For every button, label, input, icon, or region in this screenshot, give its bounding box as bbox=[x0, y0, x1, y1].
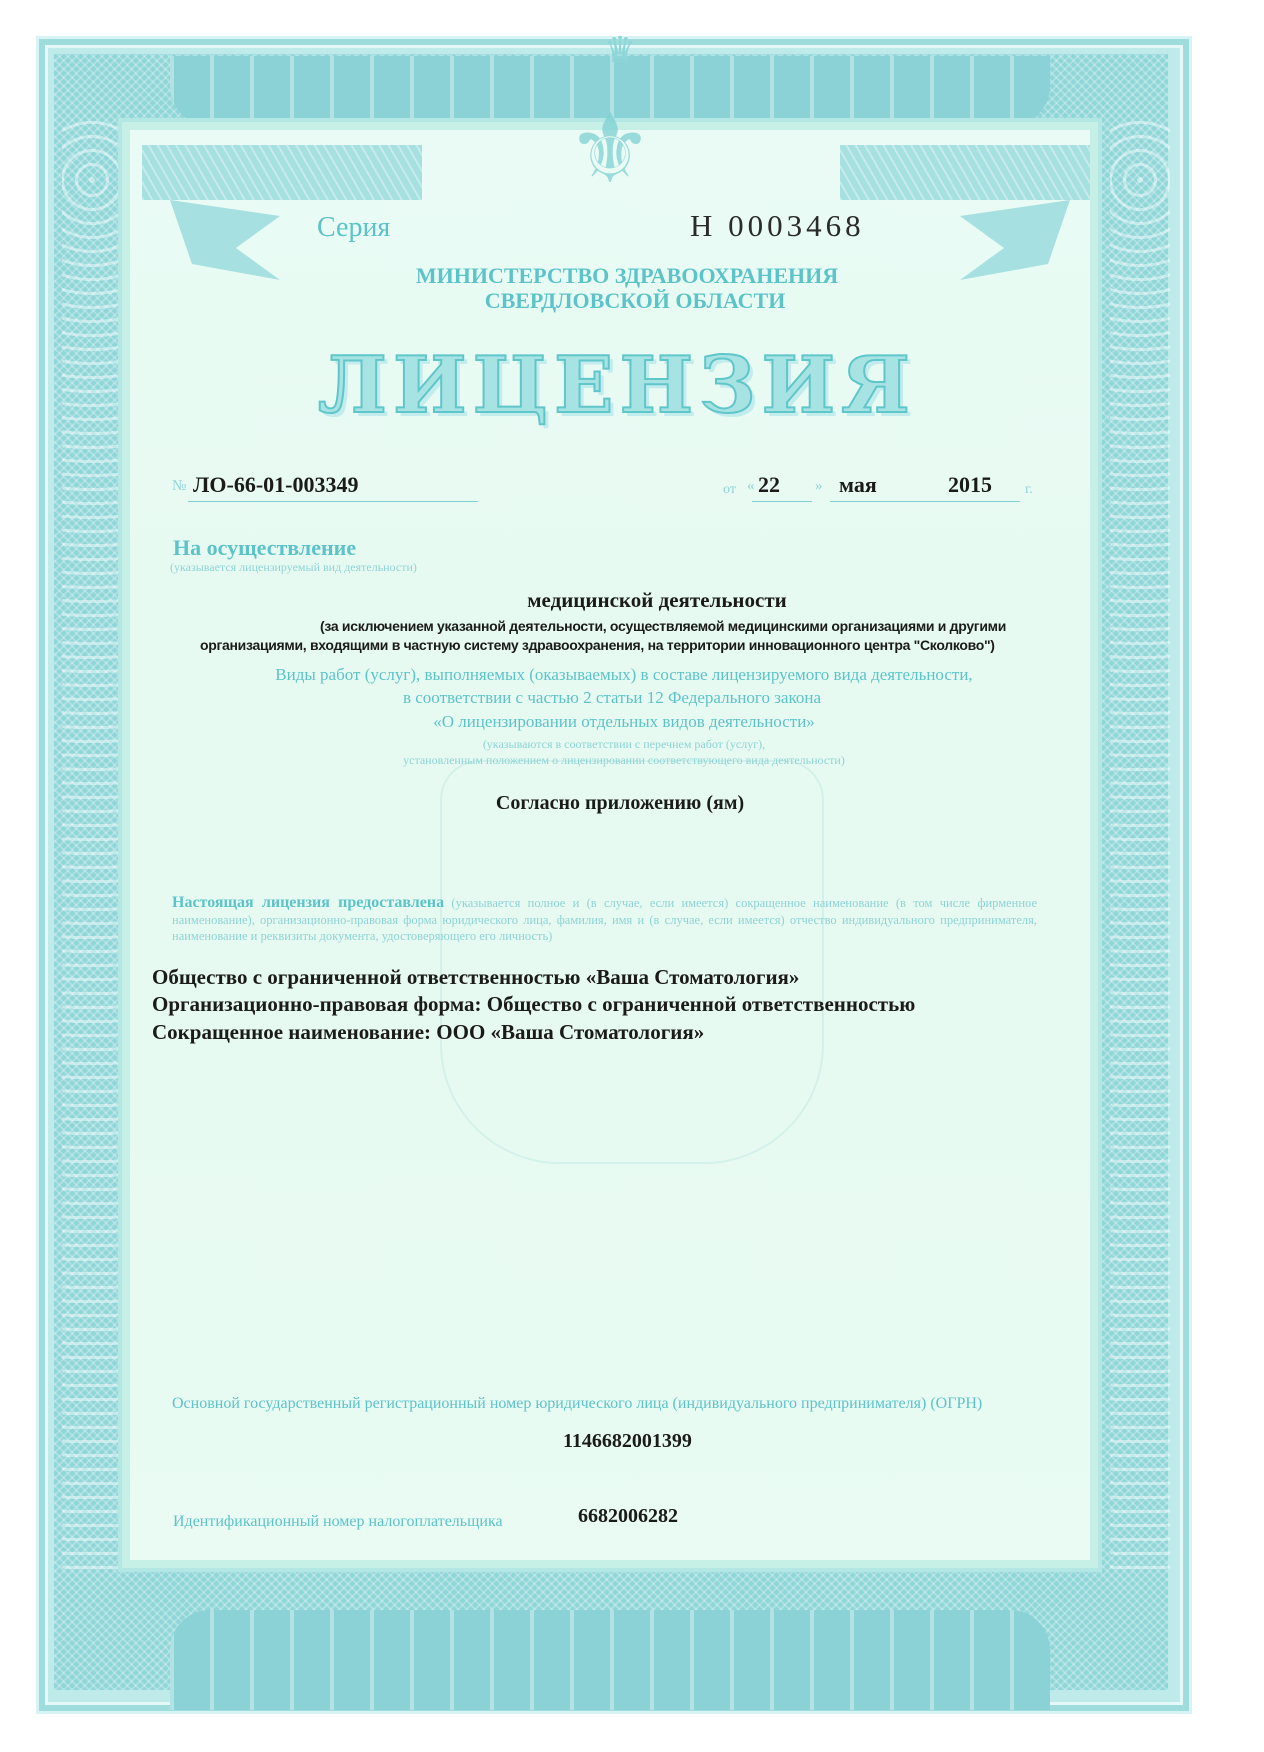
works-value: Согласно приложению (ям) bbox=[0, 792, 1252, 815]
activity-value: медицинской деятельности bbox=[0, 588, 1264, 613]
date-close-quote: » bbox=[815, 478, 823, 495]
works-hint-line-1: (указываются в соответствии с перечнем р… bbox=[0, 737, 1256, 752]
date-year-suffix: г. bbox=[1025, 482, 1033, 498]
activity-hint: (указывается лицензируемый вид деятельно… bbox=[170, 560, 417, 575]
date-month: мая bbox=[839, 472, 877, 498]
double-headed-eagle-emblem-icon: ⚜ bbox=[555, 90, 665, 210]
grantee-label: Настоящая лицензия предоставлена bbox=[172, 894, 444, 911]
grantee-full-name: Общество с ограниченной ответственностью… bbox=[152, 965, 799, 990]
issuer-line-1: МИНИСТЕРСТВО ЗДРАВООХРАНЕНИЯ bbox=[0, 263, 1259, 289]
activity-note-line-2: организациями, входящими в частную систе… bbox=[200, 637, 995, 653]
crown-icon: ♛ bbox=[590, 30, 650, 70]
document-title: ЛИЦЕНЗИЯ bbox=[318, 340, 916, 431]
works-label-line-3: «О лицензировании отдельных видов деятел… bbox=[0, 712, 1256, 732]
license-number-underline bbox=[188, 501, 478, 502]
works-label-line-1: Виды работ (услуг), выполняемых (оказыва… bbox=[0, 665, 1256, 685]
grantee-description: Настоящая лицензия предоставлена (указыв… bbox=[172, 895, 1037, 945]
grantee-legal-form: Организационно-правовая форма: Общество … bbox=[152, 992, 915, 1017]
date-year: 2015 bbox=[948, 472, 992, 498]
issuer-line-2: СВЕРДЛОВСКОЙ ОБЛАСТИ bbox=[3, 288, 1264, 314]
date-day: 22 bbox=[758, 472, 780, 498]
series-label: Серия bbox=[317, 212, 390, 244]
watermark-shield bbox=[440, 760, 824, 1164]
works-hint-line-2: установленным положением о лицензировани… bbox=[0, 753, 1256, 768]
left-ribbon-ornament bbox=[142, 145, 422, 200]
date-month-year-underline bbox=[830, 501, 1020, 502]
inn-label: Идентификационный номер налогоплательщик… bbox=[173, 1513, 503, 1531]
right-scroll-ornament bbox=[1110, 120, 1170, 1570]
inn-value: 6682006282 bbox=[578, 1505, 678, 1528]
activity-note-line-1: (за исключением указанной деятельности, … bbox=[320, 618, 1006, 634]
grantee-short-name: Сокращенное наименование: ООО «Ваша Стом… bbox=[152, 1020, 704, 1045]
works-label-line-2: в соответствии с частью 2 статьи 12 Феде… bbox=[0, 688, 1244, 708]
ogrn-label: Основной государственный регистрационный… bbox=[172, 1393, 1037, 1415]
license-number-prefix: № bbox=[172, 478, 186, 495]
left-scroll-ornament bbox=[62, 120, 122, 1570]
date-open-quote: « bbox=[747, 478, 755, 495]
date-prefix: от bbox=[723, 482, 736, 498]
bottom-guilloche-band bbox=[170, 1610, 1050, 1710]
series-number: Н 0003468 bbox=[690, 208, 865, 244]
activity-label: На осуществление bbox=[173, 535, 356, 561]
date-day-underline bbox=[752, 501, 812, 502]
ogrn-value: 1146682001399 bbox=[563, 1430, 692, 1453]
right-ribbon-ornament bbox=[840, 145, 1090, 200]
license-number: ЛО-66-01-003349 bbox=[193, 472, 358, 498]
